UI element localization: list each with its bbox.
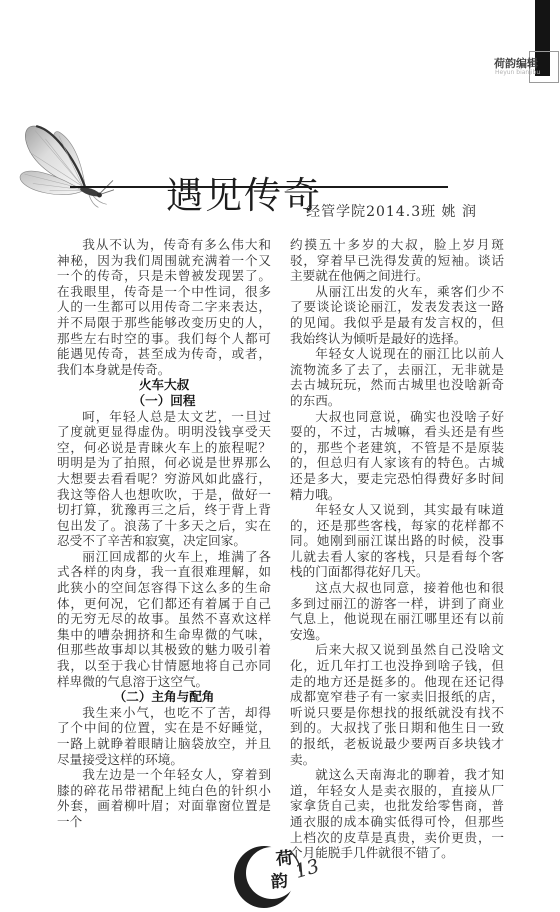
body-paragraph: 年轻女人又说到，其实最有味道的，还是那些客栈，每家的花样都不同。她刚到丽江谋出路… — [290, 502, 504, 580]
editor-mark-pinyin: Heyun bianjibu — [495, 69, 540, 76]
body-paragraph: 从丽江出发的火车，乘客们少不了要谈论谈论丽江，发表发表这一路的见闻。我似乎是最有… — [290, 284, 504, 346]
section-heading: （一）回程 — [57, 393, 271, 409]
body-paragraph: 这点大叔也同意，接着他也和很多到过丽江的游客一样，讲到了商业气息上，他说现在丽江… — [290, 580, 504, 642]
body-paragraph: 就这么天南海北的聊着，我才知道，年轻女人是卖衣服的，直接从厂家拿货自己卖，也批发… — [290, 767, 504, 861]
body-paragraph: 年轻女人说现在的丽江比以前人流物流多了去了，去丽江，无非就是去古城玩玩，然而古城… — [290, 346, 504, 408]
body-paragraph: 丽江回成都的火车上，堆满了各式各样的肉身，我一直很难理解，如此狭小的空间怎容得下… — [57, 549, 271, 689]
article-column-right: 约摸五十多岁的大叔，脸上岁月斑驳，穿着早已洗得发黄的短袖。谈话主要就在他俩之间进… — [290, 237, 504, 861]
article-byline: 经管学院2014.3班 姚 润 — [180, 201, 477, 221]
magazine-page: 荷韵编辑 Heyun bianjibu — [0, 0, 560, 912]
body-paragraph: 我从不认为，传奇有多么伟大和神秘，因为我们周围就充满着一个又一个的传奇，只是未曾… — [57, 237, 271, 377]
logo-char-he: 荷 — [275, 850, 294, 869]
section-heading: 火车大叔 — [57, 377, 271, 393]
body-paragraph: 我生来小气，也吃不了苦，却得了个中间的位置，实在是不好睡觉，一路上就睁着眼睛让脑… — [57, 705, 271, 767]
section-heading: （二）主角与配角 — [57, 689, 271, 705]
body-paragraph: 大叔也同意说，确实也没啥子好耍的，不过，古城嘛，看头还是有些的，那些个老建筑，不… — [290, 409, 504, 503]
body-paragraph: 后来大叔又说到虽然自己没啥文化，近几年打工也没挣到啥子钱，但走的地方还是挺多的。… — [290, 642, 504, 767]
article-body: 我从不认为，传奇有多么伟大和神秘，因为我们周围就充满着一个又一个的传奇，只是未曾… — [57, 237, 504, 861]
butterfly-icon — [10, 118, 114, 222]
article-column-left: 我从不认为，传奇有多么伟大和神秘，因为我们周围就充满着一个又一个的传奇，只是未曾… — [57, 237, 271, 861]
body-paragraph: 约摸五十多岁的大叔，脸上岁月斑驳，穿着早已洗得发黄的短袖。谈话主要就在他俩之间进… — [290, 237, 504, 284]
title-underline — [70, 186, 448, 188]
body-paragraph: 我左边是一个年轻女人，穿着到膝的碎花吊带裙配上纯白色的针织小外套，画着柳叶眉；对… — [57, 767, 271, 829]
body-paragraph: 呵，年轻人总是太文艺，一旦过了度就更显得虚伪。明明没钱享受天空，何必说是青睐火车… — [57, 409, 271, 549]
logo-char-yun: 韵 — [270, 873, 288, 891]
